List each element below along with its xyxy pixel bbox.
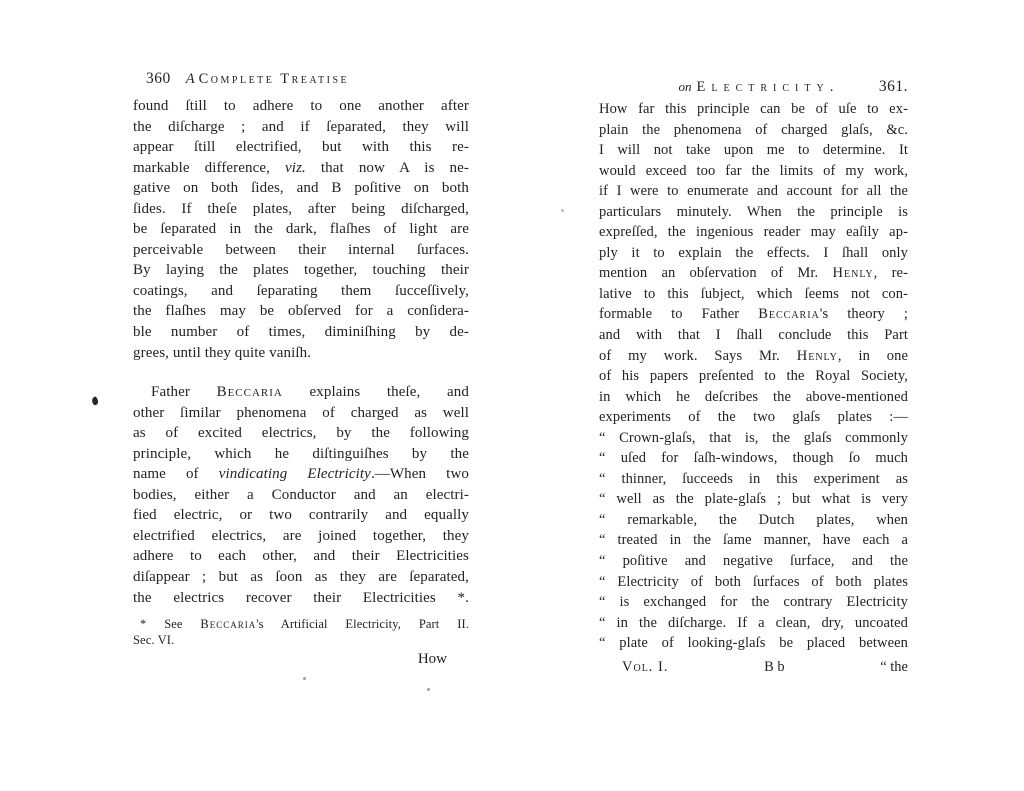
signature-mark: B b <box>669 657 881 677</box>
text-line: particulars minutely. When the principle… <box>599 202 908 223</box>
text-line: “ uſed for ſaſh-windows, though ſo much <box>599 448 908 469</box>
text-line: found ſtill to adhere to one another aft… <box>133 96 469 117</box>
text-line: name of vindicating Electricity.—When tw… <box>133 464 469 485</box>
running-title-preposition: on <box>679 79 692 94</box>
text-line: diſappear ; but as ſoon as they are ſepa… <box>133 567 469 588</box>
text-line: I will not take upon me to determine. It <box>599 140 908 161</box>
left-page-text-block: found ſtill to adhere to one another aft… <box>133 96 469 669</box>
volume-label: Vol. I. <box>622 657 669 677</box>
text-line: “ remarkable, the Dutch plates, when <box>599 510 908 531</box>
right-page: onElectricity. 361. How far this princip… <box>599 0 908 791</box>
catchword: “ the <box>880 657 908 677</box>
text-line: the flaſhes may be obſerved for a conſid… <box>133 301 469 322</box>
text-line: gative on both ſides, and B poſitive on … <box>133 178 469 199</box>
text-line: in which he deſcribes the above-mentione… <box>599 387 908 408</box>
footnote: * See Beccaria's Artificial Electricity,… <box>133 617 469 648</box>
text-line: be ſeparated in the dark, flaſhes of lig… <box>133 219 469 240</box>
text-line: mention an obſervation of Mr. Henly, re- <box>599 263 908 284</box>
text-line: lative to this ſubject, which ſeems not … <box>599 284 908 305</box>
left-page-number: 360 <box>146 70 171 88</box>
text-line: the electrics recover their Electricitie… <box>133 588 469 609</box>
text-line: Father Beccaria explains theſe, and <box>133 382 469 403</box>
text-line: and with that I ſhall conclude this Part <box>599 325 908 346</box>
text-line: “ is exchanged for the contrary Electric… <box>599 592 908 613</box>
text-line: grees, until they quite vaniſh. <box>133 343 469 364</box>
text-line: ply it to explain the effects. I ſhall o… <box>599 243 908 264</box>
text-line: principle, which he diſtinguiſhes by the <box>133 444 469 465</box>
right-running-title: onElectricity. <box>599 78 879 96</box>
signature-line: Vol. I. B b “ the <box>599 657 908 677</box>
right-page-number: 361. <box>879 78 908 96</box>
text-line: electrified electrics, are joined togeth… <box>133 526 469 547</box>
scan-speck <box>303 677 306 680</box>
paragraph: found ſtill to adhere to one another aft… <box>133 96 469 363</box>
text-line: of my work. Says Mr. Henly, in one <box>599 346 908 367</box>
text-line: expreſſed, the ingenious reader may eaſi… <box>599 222 908 243</box>
text-line: other ſimilar phenomena of charged as we… <box>133 403 469 424</box>
text-line: bodies, either a Conductor and an electr… <box>133 485 469 506</box>
text-line: the diſcharge ; and if ſeparated, they w… <box>133 117 469 138</box>
text-line: formable to Father Beccaria's theory ; <box>599 304 908 325</box>
text-line: of his papers preſented to the Royal Soc… <box>599 366 908 387</box>
running-title-article: A <box>186 71 195 87</box>
text-line: if I were to enumerate and account for a… <box>599 181 908 202</box>
paragraph: Father Beccaria explains theſe, andother… <box>133 382 469 608</box>
text-line: experiments of the two glaſs plates :— <box>599 407 908 428</box>
text-line: How far this principle can be of uſe to … <box>599 99 908 120</box>
text-line: markable difference, viz. that now A is … <box>133 158 469 179</box>
text-line: “ plate of looking-glaſs be placed betwe… <box>599 633 908 654</box>
text-line: “ treated in the ſame manner, have each … <box>599 530 908 551</box>
left-page-header: 360 AComplete Treatise <box>133 70 469 88</box>
text-line: “ well as the plate-glaſs ; but what is … <box>599 489 908 510</box>
running-title-text: Electricity. <box>697 79 840 95</box>
text-line: ble number of times, diminiſhing by de- <box>133 322 469 343</box>
right-page-text-block: How far this principle can be of uſe to … <box>599 99 908 677</box>
text-line: “ Crown-glaſs, that is, the glaſs common… <box>599 428 908 449</box>
right-page-header: onElectricity. 361. <box>599 78 908 96</box>
text-line: coatings, and ſeparating them ſucceſſive… <box>133 281 469 302</box>
text-line: By laying the plates together, touching … <box>133 260 469 281</box>
left-running-title: AComplete Treatise <box>186 70 349 88</box>
text-line: ſides. If theſe plates, after being diſc… <box>133 199 469 220</box>
left-page: 360 AComplete Treatise found ſtill to ad… <box>133 0 469 791</box>
text-line: Sec. VI. <box>133 633 469 649</box>
running-title-text: Complete Treatise <box>199 71 350 87</box>
text-line: fied electric, or two contrarily and equ… <box>133 505 469 526</box>
text-line: “ in the diſcharge. If a clean, dry, unc… <box>599 613 908 634</box>
text-line: perceivable between their internal ſurfa… <box>133 240 469 261</box>
text-line: as of excited electrics, by the followin… <box>133 423 469 444</box>
text-line: “ Electricity of both ſurfaces of both p… <box>599 572 908 593</box>
paragraph: How far this principle can be of uſe to … <box>599 99 908 654</box>
scan-speck <box>561 209 564 212</box>
text-line: appear ſtill electrified, but with this … <box>133 137 469 158</box>
catchword: How <box>133 649 469 669</box>
text-line: plain the phenomena of charged glaſs, &c… <box>599 120 908 141</box>
text-line: would exceed too far the limits of my wo… <box>599 161 908 182</box>
scan-speck <box>427 688 430 691</box>
text-line: “ poſitive and negative ſurface, and the <box>599 551 908 572</box>
text-line: adhere to each other, and their Electric… <box>133 546 469 567</box>
text-line: “ thinner, ſucceeds in this experiment a… <box>599 469 908 490</box>
text-line: * See Beccaria's Artificial Electricity,… <box>133 617 469 633</box>
ink-speck <box>91 396 100 406</box>
